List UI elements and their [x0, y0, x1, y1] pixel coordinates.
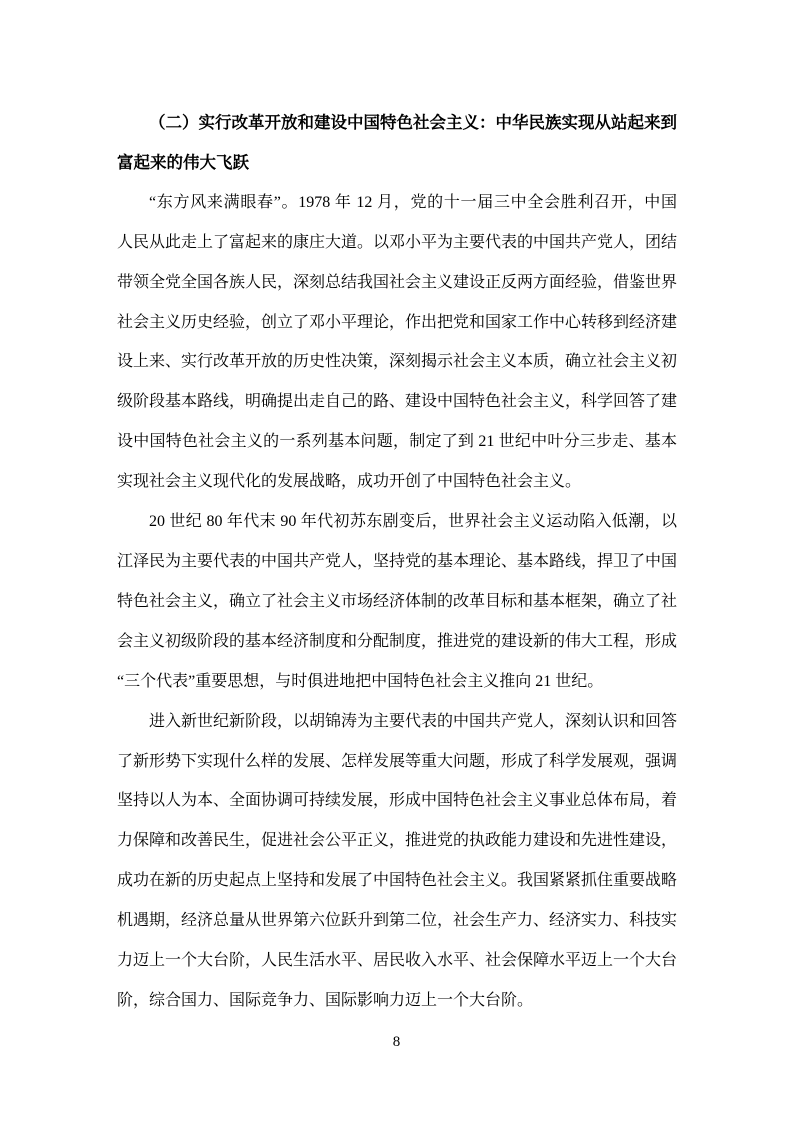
section-heading: （二）实行改革开放和建设中国特色社会主义：中华民族实现从站起来到富起来的伟大飞跃 [117, 103, 677, 183]
paragraph-line: “三个代表”重要思想，与时俱进地把中国特色社会主义推向 21 世纪。 [117, 662, 677, 702]
paragraph-line: 坚持以人为本、全面协调可持续发展，形成中国特色社会主义事业总体布局，着 [117, 781, 677, 821]
heading-line: 富起来的伟大飞跃 [117, 143, 677, 183]
paragraph-line: 机遇期，经济总量从世界第六位跃升到第二位，社会生产力、经济实力、科技实 [117, 901, 677, 941]
paragraph-line: 人民从此走上了富起来的康庄大道。以邓小平为主要代表的中国共产党人，团结 [117, 223, 677, 263]
paragraph-line: 设中国特色社会主义的一系列基本问题，制定了到 21 世纪中叶分三步走、基本 [117, 422, 677, 462]
paragraph-line: 设上来、实行改革开放的历史性决策，深刻揭示社会主义本质，确立社会主义初 [117, 342, 677, 382]
paragraph-line: 会主义初级阶段的基本经济制度和分配制度，推进党的建设新的伟大工程，形成 [117, 622, 677, 662]
document-body: （二）实行改革开放和建设中国特色社会主义：中华民族实现从站起来到富起来的伟大飞跃… [117, 103, 677, 1021]
paragraph-line: 江泽民为主要代表的中国共产党人，坚持党的基本理论、基本路线，捍卫了中国 [117, 542, 677, 582]
paragraph-line: 了新形势下实现什么样的发展、怎样发展等重大问题，形成了科学发展观，强调 [117, 742, 677, 782]
page-footer: 8 [0, 1034, 793, 1051]
paragraph-line: 进入新世纪新阶段，以胡锦涛为主要代表的中国共产党人，深刻认识和回答 [117, 702, 677, 742]
paragraph-line: 社会主义历史经验，创立了邓小平理论，作出把党和国家工作中心转移到经济建 [117, 303, 677, 343]
page-number: 8 [393, 1034, 401, 1050]
paragraph-line: 力迈上一个大台阶，人民生活水平、居民收入水平、社会保障水平迈上一个大台 [117, 941, 677, 981]
body-paragraph: 进入新世纪新阶段，以胡锦涛为主要代表的中国共产党人，深刻认识和回答了新形势下实现… [117, 702, 677, 1021]
paragraph-line: 特色社会主义，确立了社会主义市场经济体制的改革目标和基本框架，确立了社 [117, 582, 677, 622]
paragraph-line: “东方风来满眼春”。1978 年 12 月，党的十一届三中全会胜利召开，中国 [117, 183, 677, 223]
paragraph-line: 阶，综合国力、国际竞争力、国际影响力迈上一个大台阶。 [117, 981, 677, 1021]
document-page: （二）实行改革开放和建设中国特色社会主义：中华民族实现从站起来到富起来的伟大飞跃… [0, 0, 793, 1122]
heading-line: （二）实行改革开放和建设中国特色社会主义：中华民族实现从站起来到 [117, 103, 677, 143]
body-paragraph: “东方风来满眼春”。1978 年 12 月，党的十一届三中全会胜利召开，中国人民… [117, 183, 677, 502]
body-paragraph: 20 世纪 80 年代末 90 年代初苏东剧变后，世界社会主义运动陷入低潮，以江… [117, 502, 677, 702]
paragraph-line: 成功在新的历史起点上坚持和发展了中国特色社会主义。我国紧紧抓住重要战略 [117, 861, 677, 901]
paragraph-line: 带领全党全国各族人民，深刻总结我国社会主义建设正反两方面经验，借鉴世界 [117, 263, 677, 303]
paragraph-line: 20 世纪 80 年代末 90 年代初苏东剧变后，世界社会主义运动陷入低潮，以 [117, 502, 677, 542]
paragraph-line: 力保障和改善民生，促进社会公平正义，推进党的执政能力建设和先进性建设， [117, 821, 677, 861]
paragraph-line: 实现社会主义现代化的发展战略，成功开创了中国特色社会主义。 [117, 462, 677, 502]
paragraph-line: 级阶段基本路线，明确提出走自己的路、建设中国特色社会主义，科学回答了建 [117, 382, 677, 422]
